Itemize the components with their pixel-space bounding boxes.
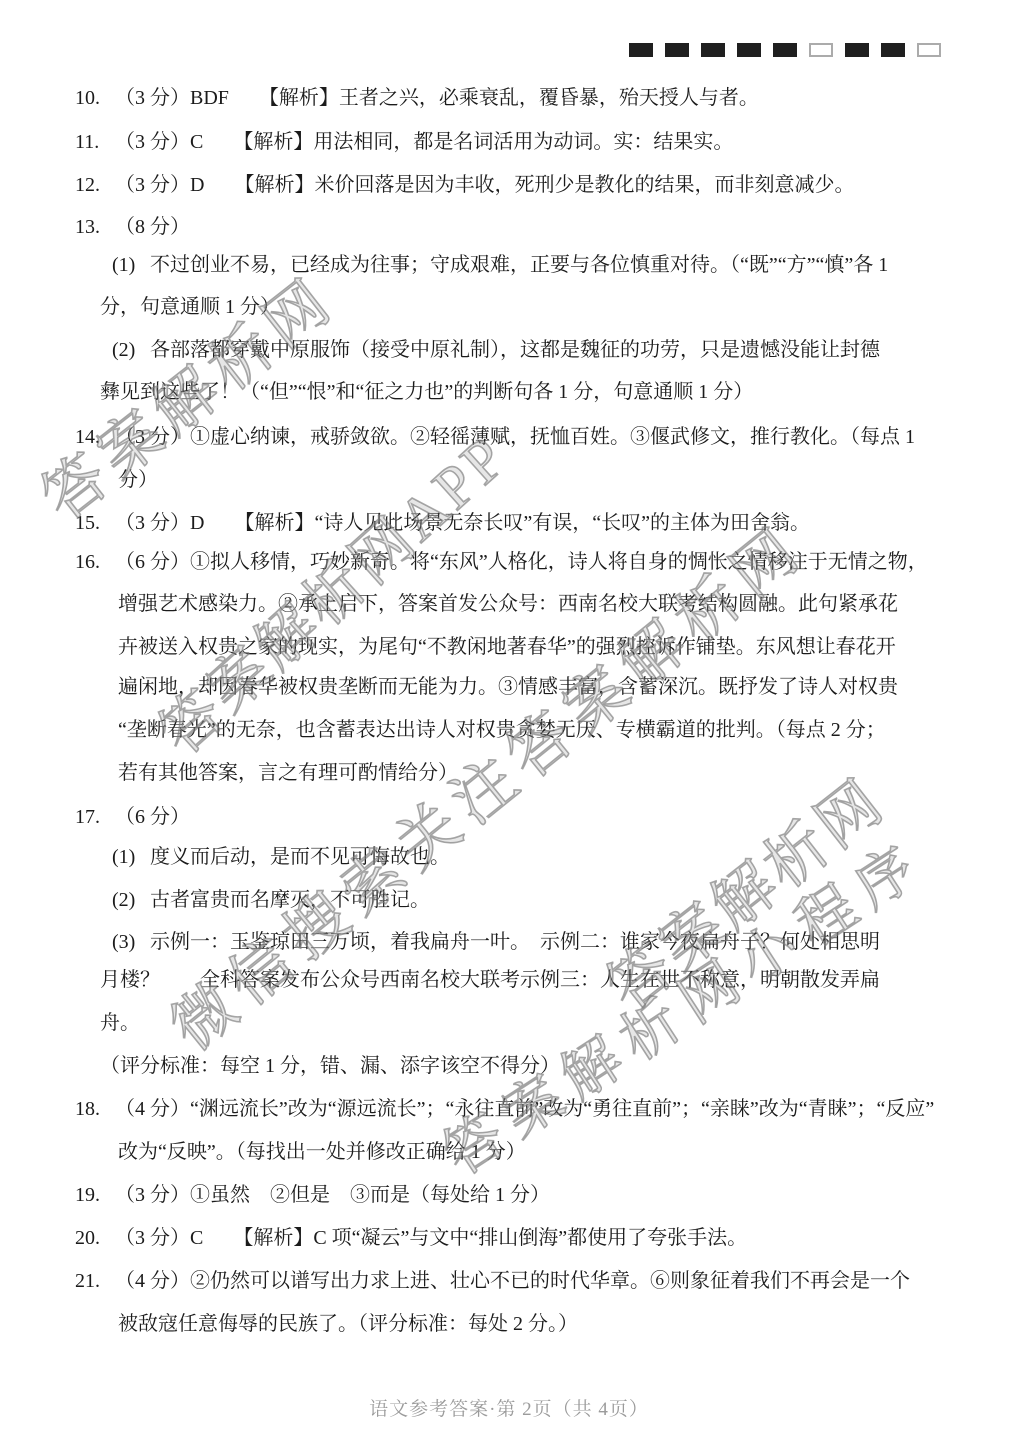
answer-item-text: 卉被送入权贵之家的现实，为尾句“不教闲地著春华”的强烈控诉作铺垫。东风想让春花开: [118, 635, 896, 659]
answer-line-continuation: 改为“反映”。（每找出一处并修改正确给 1 分）: [0, 1140, 1018, 1166]
page-footer: 语文参考答案·第 2页（共 4页）: [0, 1394, 1018, 1421]
answer-item-number: 21.: [75, 1269, 100, 1293]
answer-line-16: 16.（6 分）①拟人移情，巧妙新奇。将“东风”人格化，诗人将自身的惆怅之情移注…: [0, 550, 1018, 576]
answer-item-number: 10.: [75, 86, 100, 110]
answer-item-text: 被敌寇任意侮辱的民族了。（评分标准：每处 2 分。）: [118, 1312, 578, 1336]
answer-line-continuation: 月楼？ 全科答案发布公众号西南名校大联考示例三：人生在世不称意，明朝散发弄扁: [0, 968, 1018, 994]
answer-item-text: 增强艺术感染力。②承上启下，答案首发公众号：西南名校大联考结构圆融。此句紧承花: [118, 592, 898, 616]
answer-line-10: 10.（3 分）BDF 【解析】王者之兴，必乘衰乱，覆昏暴，殆天授人与者。: [0, 86, 1018, 112]
answer-line-continuation: 分，句意通顺 1 分）: [0, 295, 1018, 321]
answer-item-number: 12.: [75, 173, 100, 197]
answer-item-text: 舟。: [100, 1011, 140, 1035]
answer-line-continuation: 被敌寇任意侮辱的民族了。（评分标准：每处 2 分。）: [0, 1312, 1018, 1338]
answer-item-text: 度义而后动，是而不见可悔故也。: [150, 845, 450, 869]
answer-item-text: 彝见到这些了！（“但”“恨”和“征之力也”的判断句各 1 分，句意通顺 1 分）: [100, 380, 753, 404]
answer-item-text: （6 分）: [115, 805, 190, 829]
answer-line-20: 20.（3 分）C 【解析】C 项“凝云”与文中“排山倒海”都使用了夸张手法。: [0, 1226, 1018, 1252]
answer-item-text: 改为“反映”。（每找出一处并修改正确给 1 分）: [118, 1140, 526, 1164]
answer-item-number: 17.: [75, 805, 100, 829]
answer-line-15: 15.（3 分）D 【解析】“诗人见此场景无奈长叹”有误，“长叹”的主体为田舍翁…: [0, 511, 1018, 537]
answer-line-continuation: 遍闲地，却因春华被权贵垄断而无能为力。③情感丰富，含蓄深沉。既抒发了诗人对权贵: [0, 675, 1018, 701]
answer-item-text: （8 分）: [115, 215, 190, 239]
answer-line-13: 13.（8 分）: [0, 215, 1018, 241]
answer-line-1: (1)度义而后动，是而不见可悔故也。: [0, 845, 1018, 871]
answer-item-text: 不过创业不易，已经成为往事；守成艰难，正要与各位慎重对待。（“既”“方”“慎”各…: [150, 253, 888, 277]
answer-line-continuation: 增强艺术感染力。②承上启下，答案首发公众号：西南名校大联考结构圆融。此句紧承花: [0, 592, 1018, 618]
answer-item-number: (2): [112, 888, 135, 912]
answer-item-text: （3 分）BDF 【解析】王者之兴，必乘衰乱，覆昏暴，殆天授人与者。: [115, 86, 759, 110]
answer-item-number: 14.: [75, 425, 100, 449]
answer-line-continuation: 分）: [0, 468, 1018, 494]
answer-line-continuation: 若有其他答案，言之有理可酌情给分）: [0, 761, 1018, 787]
answer-line-1: (1)不过创业不易，已经成为往事；守成艰难，正要与各位慎重对待。（“既”“方”“…: [0, 253, 1018, 279]
answer-line-3: (3)示例一：玉鉴琼田三万顷，着我扁舟一叶。 示例二：谁家今夜扁舟子？何处相思明: [0, 930, 1018, 956]
answer-item-text: （3 分）①虽然 ②但是 ③而是（每处给 1 分）: [115, 1183, 550, 1207]
answer-line-18: 18.（4 分）“渊远流长”改为“源远流长”；“永往直前”改为“勇往直前”；“亲…: [0, 1097, 1018, 1123]
answer-line-continuation: 卉被送入权贵之家的现实，为尾句“不教闲地著春华”的强烈控诉作铺垫。东风想让春花开: [0, 635, 1018, 661]
answer-item-text: （3 分）①虚心纳谏，戒骄敛欲。②轻徭薄赋，抚恤百姓。③偃武修文，推行教化。（每…: [115, 425, 915, 449]
answer-key-page: 10.（3 分）BDF 【解析】王者之兴，必乘衰乱，覆昏暴，殆天授人与者。11.…: [0, 0, 1018, 1454]
answer-item-text: 分，句意通顺 1 分）: [100, 295, 280, 319]
answer-item-number: 18.: [75, 1097, 100, 1121]
answer-item-text: （4 分）②仍然可以谱写出力求上进、壮心不已的时代华章。⑥则象征着我们不再会是一…: [115, 1269, 910, 1293]
answer-item-number: 16.: [75, 550, 100, 574]
answer-item-text: （4 分）“渊远流长”改为“源远流长”；“永往直前”改为“勇往直前”；“亲睐”改…: [115, 1097, 934, 1121]
answer-item-number: (1): [112, 845, 135, 869]
answer-line-continuation: （评分标准：每空 1 分，错、漏、添字该空不得分）: [0, 1054, 1018, 1080]
answer-line-19: 19.（3 分）①虽然 ②但是 ③而是（每处给 1 分）: [0, 1183, 1018, 1209]
answer-item-text: 古者富贵而名摩灭，不可胜记。: [150, 888, 430, 912]
answer-item-text: 各部落都穿戴中原服饰（接受中原礼制），这都是魏征的功劳，只是遗憾没能让封德: [150, 338, 880, 362]
answer-line-continuation: 舟。: [0, 1011, 1018, 1037]
answer-item-text: 分）: [118, 468, 158, 492]
answer-item-text: 月楼？ 全科答案发布公众号西南名校大联考示例三：人生在世不称意，明朝散发弄扁: [100, 968, 880, 992]
answer-item-number: (2): [112, 338, 135, 362]
answer-item-number: 13.: [75, 215, 100, 239]
answer-item-text: （3 分）C 【解析】用法相同，都是名词活用为动词。实：结果实。: [115, 130, 733, 154]
answer-item-number: 15.: [75, 511, 100, 535]
answer-item-text: “垄断春光”的无奈，也含蓄表达出诗人对权贵贪婪无厌、专横霸道的批判。（每点 2 …: [118, 718, 886, 742]
answer-item-text: （6 分）①拟人移情，巧妙新奇。将“东风”人格化，诗人将自身的惆怅之情移注于无情…: [115, 550, 928, 574]
answer-item-text: （评分标准：每空 1 分，错、漏、添字该空不得分）: [100, 1054, 560, 1078]
answer-item-number: (1): [112, 253, 135, 277]
answer-sheet: 10.（3 分）BDF 【解析】王者之兴，必乘衰乱，覆昏暴，殆天授人与者。11.…: [0, 0, 1018, 1454]
answer-item-number: 19.: [75, 1183, 100, 1207]
answer-line-11: 11.（3 分）C 【解析】用法相同，都是名词活用为动词。实：结果实。: [0, 130, 1018, 156]
answer-item-text: 示例一：玉鉴琼田三万顷，着我扁舟一叶。 示例二：谁家今夜扁舟子？何处相思明: [150, 930, 880, 954]
answer-item-text: （3 分）D 【解析】米价回落是因为丰收，死刑少是教化的结果，而非刻意减少。: [115, 173, 854, 197]
answer-line-17: 17.（6 分）: [0, 805, 1018, 831]
answer-line-continuation: 彝见到这些了！（“但”“恨”和“征之力也”的判断句各 1 分，句意通顺 1 分）: [0, 380, 1018, 406]
answer-item-text: 若有其他答案，言之有理可酌情给分）: [118, 761, 458, 785]
answer-line-21: 21.（4 分）②仍然可以谱写出力求上进、壮心不已的时代华章。⑥则象征着我们不再…: [0, 1269, 1018, 1295]
answer-line-14: 14.（3 分）①虚心纳谏，戒骄敛欲。②轻徭薄赋，抚恤百姓。③偃武修文，推行教化…: [0, 425, 1018, 451]
answer-line-continuation: “垄断春光”的无奈，也含蓄表达出诗人对权贵贪婪无厌、专横霸道的批判。（每点 2 …: [0, 718, 1018, 744]
answer-item-number: (3): [112, 930, 135, 954]
answer-item-text: 遍闲地，却因春华被权贵垄断而无能为力。③情感丰富，含蓄深沉。既抒发了诗人对权贵: [118, 675, 898, 699]
answer-line-2: (2)古者富贵而名摩灭，不可胜记。: [0, 888, 1018, 914]
answer-line-12: 12.（3 分）D 【解析】米价回落是因为丰收，死刑少是教化的结果，而非刻意减少…: [0, 173, 1018, 199]
answer-item-text: （3 分）D 【解析】“诗人见此场景无奈长叹”有误，“长叹”的主体为田舍翁。: [115, 511, 810, 535]
answer-line-2: (2)各部落都穿戴中原服饰（接受中原礼制），这都是魏征的功劳，只是遗憾没能让封德: [0, 338, 1018, 364]
answer-item-number: 20.: [75, 1226, 100, 1250]
answer-item-text: （3 分）C 【解析】C 项“凝云”与文中“排山倒海”都使用了夸张手法。: [115, 1226, 747, 1250]
answer-item-number: 11.: [75, 130, 99, 154]
